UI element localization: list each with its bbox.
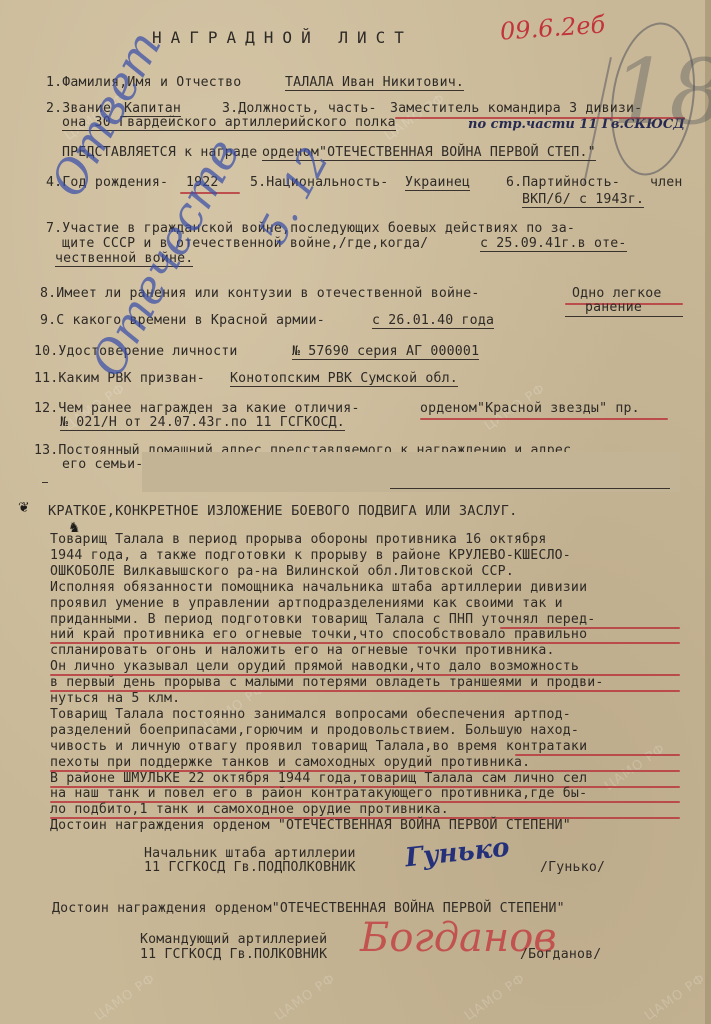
- signature-1-title-line1: Начальник штаба артиллерии: [144, 847, 356, 861]
- narrative-line: проявил умение в управлении артподраздел…: [50, 597, 563, 611]
- narrative-line: Товарищ Талала в период прорыва обороны …: [50, 533, 547, 547]
- field-12-value-line2: № 021/Н от 24.07.43г.по 11 ГСГКОСД.: [60, 416, 345, 431]
- field-7-value-line1: с 25.09.41г.в оте-: [480, 237, 627, 252]
- document-title: НАГРАДНОЙ ЛИСТ: [152, 28, 413, 47]
- watermark: ЦАМО РФ: [272, 971, 338, 1024]
- signature-1-title-line2: 11 ГСГКОСД Гв.ПОДПОЛКОВНИК: [144, 861, 356, 875]
- field-9-value: с 26.01.40 года: [372, 314, 494, 329]
- narrative-line: ОШКОБОЛЕ Вилкавышского ра-на Вилинской о…: [50, 565, 514, 579]
- narrative-line: на наш танк и повел его в район контрата…: [50, 787, 587, 801]
- underline: [42, 482, 48, 483]
- field-6-value-line1: член: [650, 176, 683, 190]
- red-underline: [515, 754, 680, 756]
- handwritten-number: 180: [612, 40, 711, 145]
- narrative-line: Достоин награждения орденом "ОТЕЧЕСТВЕНН…: [50, 819, 571, 833]
- field-6-label: 6.Партийность-: [506, 176, 620, 190]
- signature-2-name: /Богданов/: [520, 948, 601, 962]
- section-heading: КРАТКОЕ,КОНКРЕТНОЕ ИЗЛОЖЕНИЕ БОЕВОГО ПОД…: [48, 504, 518, 518]
- narrative-line: разделений боеприпасами,горючим и продов…: [50, 724, 579, 738]
- field-8-value-line2: ранение: [585, 301, 642, 315]
- field-8-label: 8.Имеет ли ранения или контузии в отечес…: [40, 287, 480, 301]
- ink-mark: ❦: [18, 500, 30, 516]
- award-sheet-page: ЦАМО РФ ЦАМО РФ ЦАМО РФ ЦАМО РФ ЦАМО РФ …: [0, 0, 711, 1024]
- narrative-line: пехоты при поддержке танков и самоходных…: [50, 756, 530, 770]
- signature-2-title-line1: Командующий артиллерией: [140, 933, 327, 947]
- handwritten-date-note: 09.6.2еб: [499, 10, 606, 45]
- field-12-value-line1: орденом"Красной звезды" пр.: [420, 402, 640, 416]
- narrative-line: 1944 года, а также подготовки к прорыву …: [50, 549, 571, 563]
- page-edge: [705, 0, 711, 1024]
- narrative-line: спланировать огонь и наложить его на огн…: [50, 644, 555, 658]
- field-11-value: Конотопским РВК Сумской обл.: [230, 372, 458, 387]
- field-13-line2: его семьи-: [62, 458, 143, 472]
- red-underline: [420, 418, 668, 420]
- narrative-line: приданными. В период подготовки товарищ …: [50, 613, 595, 627]
- narrative-line: Он лично указывал цели орудий прямой нав…: [50, 660, 579, 674]
- narrative-line: нуться на 5 клм.: [50, 692, 180, 706]
- watermark: ЦАМО РФ: [92, 971, 158, 1024]
- redacted-address-area: [142, 452, 680, 492]
- watermark: ЦАМО РФ: [462, 971, 528, 1024]
- field-8-value-line1: Одно легкое: [572, 287, 662, 301]
- signature-1-handwritten: Гунько: [404, 833, 511, 874]
- field-5-value: Украинец: [405, 176, 470, 191]
- field-12-label: 12.Чем ранее награжден за какие отличия-: [34, 402, 360, 416]
- narrative-line: ло подбито,1 танк и самоходное орудие пр…: [50, 803, 449, 817]
- underline: [565, 316, 683, 317]
- narrative-line: чивость и личную отвагу проявил товарищ …: [50, 740, 587, 754]
- narrative-line: ний край противника его огневые точки,чт…: [50, 628, 587, 642]
- field-1-value: ТАЛАЛА Иван Никитович.: [285, 76, 464, 91]
- underline: [390, 488, 670, 489]
- field-3-label: 3.Должность, часть-: [222, 102, 377, 116]
- field-9-label: 9.С какого времени в Красной армии-: [40, 314, 325, 328]
- narrative-line: Исполняя обязанности помощника начальник…: [50, 581, 587, 595]
- field-6-value-line2: ВКП/б/ с 1943г.: [522, 193, 644, 208]
- signature-2-title-line2: 11 ГСГКОСД Гв.ПОЛКОВНИК: [140, 948, 327, 962]
- narrative-line: в первый день прорыва с малыми потерями …: [50, 676, 604, 690]
- narrative-line: Товарищ Талала постоянно занимался вопро…: [50, 708, 571, 722]
- field-10-value: № 57690 серия АГ 000001: [292, 345, 479, 360]
- field-7-line1: 7.Участие в гражданской войне,последующи…: [46, 222, 575, 236]
- watermark: ЦАМО РФ: [642, 971, 708, 1024]
- signature-1-name: /Гунько/: [540, 861, 605, 875]
- narrative-line: В районе ШМУЛЬКЕ 22 октября 1944 года,то…: [50, 772, 587, 786]
- field-3-value-line1: Заместитель командира 3 дивизи-: [390, 102, 642, 116]
- conclusion-text: Достоин награждения орденом"ОТЕЧЕСТВЕННА…: [52, 902, 565, 916]
- field-7-line2: щите СССР и в отечественной войне,/где,к…: [62, 237, 428, 251]
